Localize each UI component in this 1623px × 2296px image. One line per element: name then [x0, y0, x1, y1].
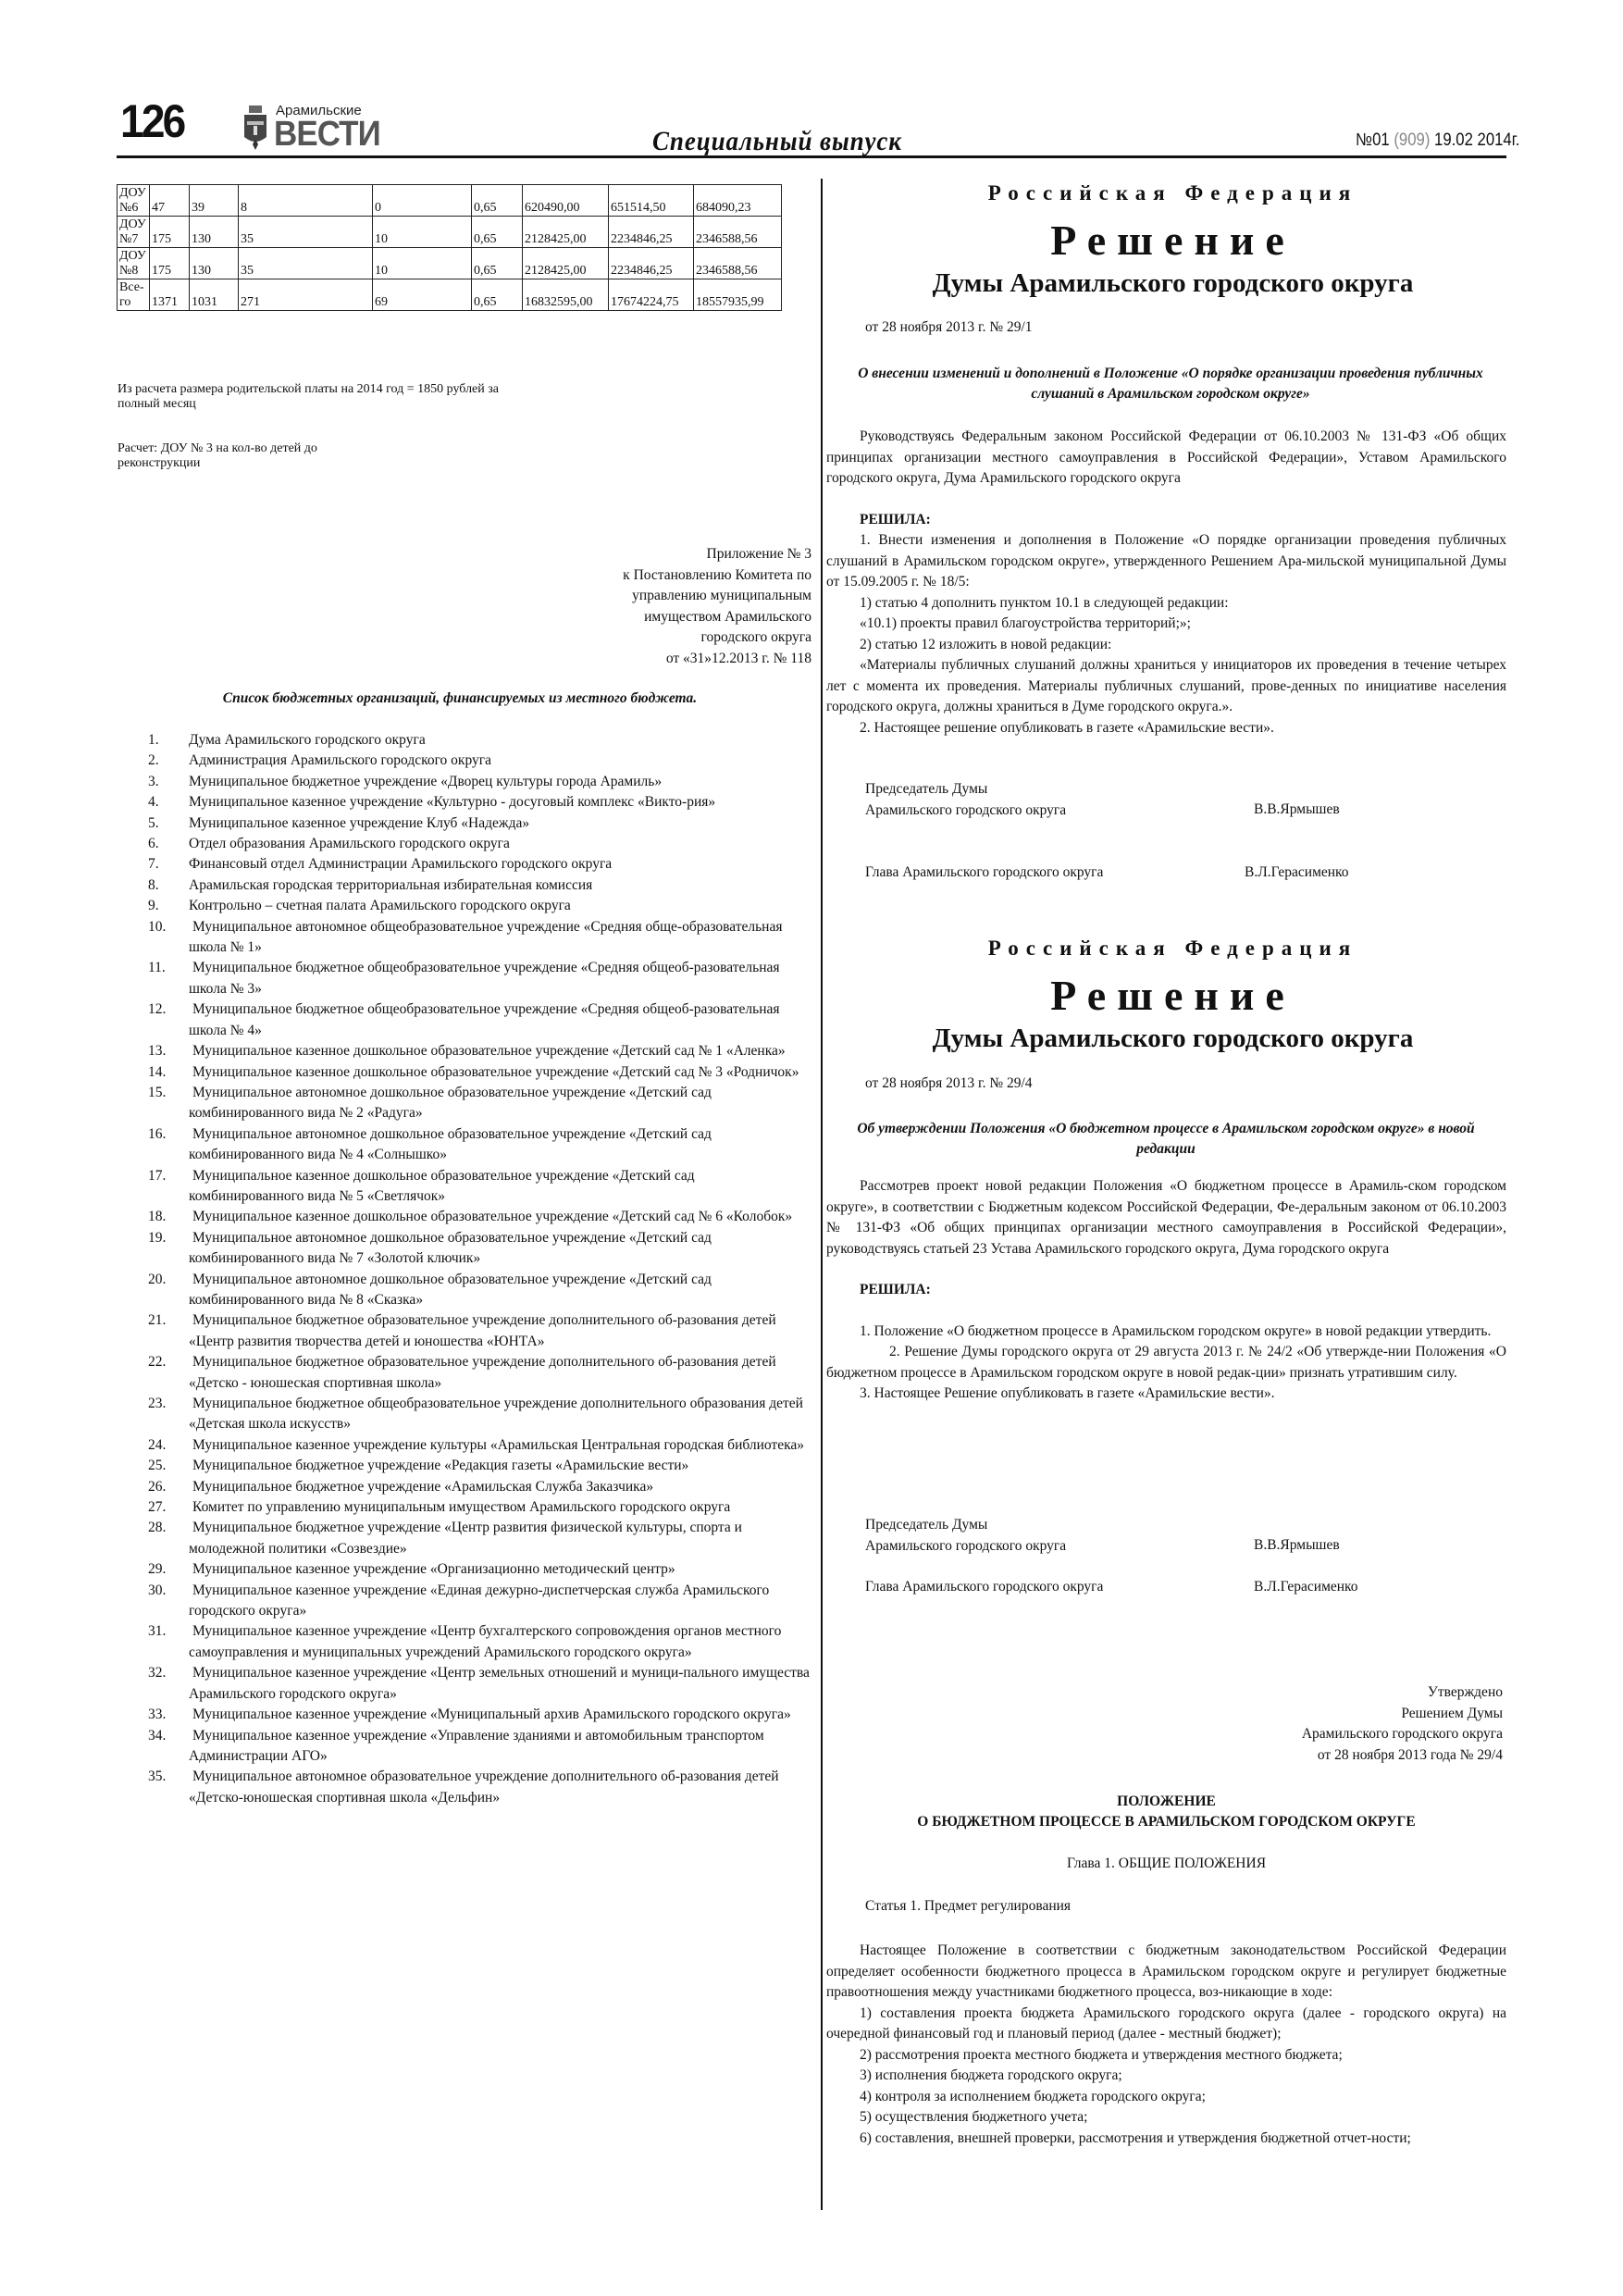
list-item-text: Муниципальное бюджетное общеобразователь…: [189, 1394, 810, 1435]
head-name: В.Л.Герасименко: [1254, 1577, 1358, 1598]
preamble: Рассмотрев проект новой редакции Положен…: [826, 1176, 1506, 1260]
paragraph: 1) статью 4 дополнить пунктом 10.1 в сле…: [826, 593, 1506, 614]
row-label-cell: ДОУ №7: [118, 217, 150, 248]
list-item-text: Муниципальное казенное учреждение «Едина…: [189, 1581, 810, 1622]
list-item-text: Муниципальное казенное учреждение «Орган…: [189, 1559, 810, 1580]
table-cell: 0,65: [472, 248, 523, 279]
list-item-number: 31.: [148, 1621, 166, 1642]
list-item-number: 2.: [148, 751, 159, 771]
regulation-body: Настоящее Положение в соответствии с бюд…: [826, 1941, 1506, 2149]
table-cell: 130: [190, 217, 239, 248]
list-item-text: Муниципальное автономное образовательное…: [189, 1767, 810, 1808]
regulation-item: 5) осуществления бюджетного учета;: [826, 2107, 1506, 2128]
table-cell: 35: [239, 248, 373, 279]
list-item: 14.Муниципальное казенное дошкольное обр…: [148, 1062, 810, 1083]
table-cell: 651514,50: [609, 185, 694, 217]
list-item-number: 34.: [148, 1726, 166, 1746]
issue-number: №01: [1356, 130, 1390, 150]
page-number: 126: [120, 98, 183, 144]
list-item: 2.Администрация Арамильского городского …: [148, 751, 810, 771]
list-item-text: Арамильская городская территориальная из…: [189, 875, 810, 896]
list-item-text: Муниципальное казенное дошкольное образо…: [189, 1207, 810, 1227]
table-cell: 10: [373, 248, 472, 279]
org-list-title: Список бюджетных организаций, финансируе…: [118, 690, 802, 707]
table-cell: 2128425,00: [523, 217, 609, 248]
list-item-text: Муниципальное бюджетное общеобразователь…: [189, 999, 810, 1041]
preamble: Руководствуясь Федеральным законом Росси…: [826, 427, 1506, 490]
table-cell: 2346588,56: [694, 248, 782, 279]
regulation-item: 3) исполнения бюджета городского округа;: [826, 2066, 1506, 2087]
list-item: 32.Муниципальное казенное учреждение «Це…: [148, 1663, 810, 1705]
list-item-text: Муниципальное казенное учреждение «Муниц…: [189, 1705, 810, 1725]
regulation-item: 1) составления проекта бюджета Арамильск…: [826, 2004, 1506, 2045]
list-item-number: 3.: [148, 772, 159, 792]
table-cell: 620490,00: [523, 185, 609, 217]
list-item: 34.Муниципальное казенное учреждение «Уп…: [148, 1726, 810, 1768]
table-cell: 175: [150, 217, 190, 248]
head-title: Глава Арамильского городского округа: [865, 1577, 1103, 1598]
list-item-text: Муниципальное бюджетное образовательное …: [189, 1352, 810, 1394]
list-item-number: 18.: [148, 1207, 166, 1227]
row-label-cell: Все-го: [118, 279, 150, 311]
list-item: 22.Муниципальное бюджетное образовательн…: [148, 1352, 810, 1394]
approved-line: от 28 ноября 2013 года № 29/4: [1302, 1745, 1503, 1767]
list-item: 35.Муниципальное автономное образователь…: [148, 1767, 810, 1808]
list-item: 29.Муниципальное казенное учреждение «Ор…: [148, 1559, 810, 1580]
paragraph: 2) статью 12 изложить в новой редакции:: [826, 635, 1506, 656]
list-item: 6.Отдел образования Арамильского городск…: [148, 834, 810, 854]
table-cell: 0,65: [472, 185, 523, 217]
table-cell: 1031: [190, 279, 239, 311]
paragraph: «Материалы публичных слушаний должны хра…: [826, 655, 1506, 718]
list-item: 3.Муниципальное бюджетное учреждение «Дв…: [148, 772, 810, 792]
table-cell: 2234846,25: [609, 217, 694, 248]
paragraph: 3. Настоящее Решение опубликовать в газе…: [826, 1384, 1506, 1405]
list-item-text: Контрольно – счетная палата Арамильского…: [189, 896, 810, 916]
list-item-number: 12.: [148, 999, 166, 1020]
table-cell: 1371: [150, 279, 190, 311]
table-cell: 2346588,56: [694, 217, 782, 248]
list-item-number: 11.: [148, 958, 166, 978]
list-item: 5.Муниципальное казенное учреждение Клуб…: [148, 813, 810, 834]
list-item: 15.Муниципальное автономное дошкольное о…: [148, 1083, 810, 1124]
list-item-number: 32.: [148, 1663, 166, 1683]
decision-title: Решение: [837, 219, 1508, 262]
resolved-label: РЕШИЛА:: [826, 510, 1506, 531]
list-item-text: Муниципальное бюджетное учреждение «Двор…: [189, 772, 810, 792]
table-cell: 271: [239, 279, 373, 311]
approved-line: Утверждено: [1302, 1682, 1503, 1704]
list-item: 10.Муниципальное автономное общеобразова…: [148, 917, 810, 959]
list-item: 19.Муниципальное автономное дошкольное о…: [148, 1228, 810, 1270]
decision1-body: Руководствуясь Федеральным законом Росси…: [826, 427, 1506, 738]
city-crest-icon: [242, 105, 268, 152]
list-item-number: 20.: [148, 1270, 166, 1290]
row-label-cell: ДОУ №6: [118, 185, 150, 217]
list-item-number: 17.: [148, 1166, 166, 1186]
appendix-line: от «31»12.2013 г. № 118: [515, 649, 811, 670]
list-item-number: 35.: [148, 1767, 166, 1787]
table-cell: 69: [373, 279, 472, 311]
list-item-text: Муниципальное казенное учреждение культу…: [189, 1435, 810, 1456]
approved-line: Арамильского городского округа: [1302, 1724, 1503, 1745]
table-cell: 0,65: [472, 279, 523, 311]
list-item-text: Муниципальное бюджетное общеобразователь…: [189, 958, 810, 999]
fee-note: Из расчета размера родительской платы на…: [118, 382, 543, 412]
list-item-text: Муниципальное автономное дошкольное обра…: [189, 1083, 810, 1124]
list-item: 28.Муниципальное бюджетное учреждение «Ц…: [148, 1518, 810, 1559]
regulation-title-line: ПОЛОЖЕНИЕ: [826, 1792, 1506, 1812]
regulation-title: ПОЛОЖЕНИЕ О БЮДЖЕТНОМ ПРОЦЕССЕ В АРАМИЛЬ…: [826, 1792, 1506, 1832]
list-item-text: Муниципальное казенное учреждение «Центр…: [189, 1621, 810, 1663]
approved-block: Утверждено Решением Думы Арамильского го…: [1302, 1682, 1503, 1766]
list-item-number: 33.: [148, 1705, 166, 1725]
list-item: 16.Муниципальное автономное дошкольное о…: [148, 1124, 810, 1166]
regulation-item: 2) рассмотрения проекта местного бюджета…: [826, 2045, 1506, 2066]
chair-title: Председатель Думы: [865, 779, 1513, 800]
list-item-text: Муниципальное казенное учреждение «Культ…: [189, 792, 810, 813]
list-item-text: Муниципальное казенное учреждение Клуб «…: [189, 813, 810, 834]
country-heading: Российская Федерация: [837, 937, 1508, 961]
list-item-text: Муниципальное бюджетное учреждение «Цент…: [189, 1518, 810, 1559]
list-item-number: 24.: [148, 1435, 166, 1456]
list-item: 31.Муниципальное казенное учреждение «Це…: [148, 1621, 810, 1663]
regulation-item: 4) контроля за исполнением бюджета город…: [826, 2087, 1506, 2108]
list-item-number: 21.: [148, 1310, 166, 1331]
list-item: 7.Финансовый отдел Администрации Арамиль…: [148, 854, 810, 875]
list-item-text: Комитет по управлению муниципальным имущ…: [189, 1497, 810, 1518]
list-item-text: Муниципальное автономное дошкольное обра…: [189, 1228, 810, 1270]
appendix-line: городского округа: [515, 627, 811, 649]
chapter-heading: Глава 1. ОБЩИЕ ПОЛОЖЕНИЯ: [826, 1855, 1506, 1872]
list-item: 33.Муниципальное казенное учреждение «Му…: [148, 1705, 810, 1725]
list-item-number: 23.: [148, 1394, 166, 1414]
list-item-number: 8.: [148, 875, 159, 896]
list-item: 24.Муниципальное казенное учреждение кул…: [148, 1435, 810, 1456]
list-item-text: Муниципальное казенное учреждение «Управ…: [189, 1726, 810, 1768]
list-item-text: Муниципальное казенное дошкольное образо…: [189, 1166, 810, 1208]
list-item-number: 27.: [148, 1497, 166, 1518]
row-label-cell: ДОУ №8: [118, 248, 150, 279]
decision-date: от 28 ноября 2013 г. № 29/1: [865, 319, 1033, 336]
list-item-number: 1.: [148, 730, 159, 751]
regulation-title-line: О БЮДЖЕТНОМ ПРОЦЕССЕ В АРАМИЛЬСКОМ ГОРОД…: [826, 1812, 1506, 1832]
list-item-number: 4.: [148, 792, 159, 813]
list-item-number: 9.: [148, 896, 159, 916]
table-cell: 2234846,25: [609, 248, 694, 279]
list-item: 20.Муниципальное автономное дошкольное о…: [148, 1270, 810, 1311]
chair-title-2: Арамильского городского округа: [865, 1536, 1513, 1558]
list-item-number: 14.: [148, 1062, 166, 1083]
list-item-number: 29.: [148, 1559, 166, 1580]
issue-date: 19.02 2014г.: [1434, 130, 1519, 150]
section-title: Специальный выпуск: [652, 126, 902, 157]
table-cell: 684090,23: [694, 185, 782, 217]
decision-subject: Об утверждении Положения «О бюджетном пр…: [837, 1119, 1494, 1160]
list-item-text: Финансовый отдел Администрации Арамильск…: [189, 854, 810, 875]
list-item-number: 16.: [148, 1124, 166, 1145]
list-item: 9.Контрольно – счетная палата Арамильско…: [148, 896, 810, 916]
list-item: 8.Арамильская городская территориальная …: [148, 875, 810, 896]
decision-issuer: Думы Арамильского городского округа: [837, 1025, 1508, 1052]
list-item-text: Отдел образования Арамильского городског…: [189, 834, 810, 854]
column-divider: [821, 179, 823, 2210]
table-cell: 0: [373, 185, 472, 217]
chair-name: В.В.Ярмышев: [1254, 800, 1340, 821]
regulation-intro: Настоящее Положение в соответствии с бюд…: [826, 1941, 1506, 2004]
list-item-text: Муниципальное казенное дошкольное образо…: [189, 1062, 810, 1083]
table-cell: 47: [150, 185, 190, 217]
list-item: 18.Муниципальное казенное дошкольное обр…: [148, 1207, 810, 1227]
decision-issuer: Думы Арамильского городского округа: [837, 270, 1508, 297]
decision-title: Решение: [837, 974, 1508, 1017]
list-item-text: Муниципальное казенное дошкольное образо…: [189, 1041, 810, 1061]
issue-total: (909): [1394, 130, 1430, 150]
resolved-label: РЕШИЛА:: [826, 1280, 1506, 1301]
table-cell: 2128425,00: [523, 248, 609, 279]
table-cell: 175: [150, 248, 190, 279]
table-cell: 39: [190, 185, 239, 217]
appendix-line: к Постановлению Комитета по: [515, 565, 811, 587]
list-item: 4.Муниципальное казенное учреждение «Кул…: [148, 792, 810, 813]
list-item: 23.Муниципальное бюджетное общеобразоват…: [148, 1394, 810, 1435]
chair-title: Председатель Думы: [865, 1515, 1513, 1536]
table-cell: 130: [190, 248, 239, 279]
decision1-signatures: Председатель Думы Арамильского городског…: [865, 779, 1513, 821]
table-cell: 0,65: [472, 217, 523, 248]
article-heading: Статья 1. Предмет регулирования: [865, 1898, 1071, 1915]
table-cell: 8: [239, 185, 373, 217]
table-row: ДОУ №64739800,65620490,00651514,50684090…: [118, 185, 782, 217]
list-item: 13.Муниципальное казенное дошкольное обр…: [148, 1041, 810, 1061]
list-item-number: 10.: [148, 917, 166, 937]
list-item-number: 26.: [148, 1477, 166, 1497]
list-item-text: Муниципальное казенное учреждение «Центр…: [189, 1663, 810, 1705]
list-item: 30.Муниципальное казенное учреждение «Ед…: [148, 1581, 810, 1622]
list-item: 17.Муниципальное казенное дошкольное обр…: [148, 1166, 810, 1208]
list-item-number: 25.: [148, 1456, 166, 1476]
table-cell: 18557935,99: [694, 279, 782, 311]
appendix-block: Приложение № 3 к Постановлению Комитета …: [515, 544, 811, 669]
list-item-text: Муниципальное бюджетное учреждение «Арам…: [189, 1477, 810, 1497]
regulation-item: 6) составления, внешней проверки, рассмо…: [826, 2128, 1506, 2150]
list-item-text: Муниципальное автономное общеобразовател…: [189, 917, 810, 959]
list-item-number: 28.: [148, 1518, 166, 1538]
head-name: В.Л.Герасименко: [1245, 863, 1349, 884]
org-list: 1.Дума Арамильского городского округа2.А…: [148, 730, 810, 1808]
table-cell: 16832595,00: [523, 279, 609, 311]
list-item-number: 19.: [148, 1228, 166, 1248]
table-cell: 10: [373, 217, 472, 248]
paragraph: 2. Решение Думы городского округа от 29 …: [826, 1342, 1506, 1384]
table-cell: 35: [239, 217, 373, 248]
list-item-text: Муниципальное автономное дошкольное обра…: [189, 1270, 810, 1311]
appendix-line: имуществом Арамильского: [515, 607, 811, 628]
list-item-text: Муниципальное бюджетное учреждение «Реда…: [189, 1456, 810, 1476]
approved-line: Решением Думы: [1302, 1704, 1503, 1725]
list-item-text: Муниципальное бюджетное образовательное …: [189, 1310, 810, 1352]
issue-info: №01 (909) 19.02 2014г.: [1356, 130, 1519, 151]
chair-title-2: Арамильского городского округа: [865, 800, 1513, 822]
list-item-number: 7.: [148, 854, 159, 875]
list-item-number: 30.: [148, 1581, 166, 1601]
paragraph: 1. Внести изменения и дополнения в Полож…: [826, 530, 1506, 593]
paragraph: 1. Положение «О бюджетном процессе в Ара…: [826, 1322, 1506, 1343]
list-item-number: 5.: [148, 813, 159, 834]
calc-note: Расчет: ДОУ № 3 на кол-во детей до рекон…: [118, 441, 386, 471]
list-item-number: 22.: [148, 1352, 166, 1372]
header-rule: [117, 155, 1506, 158]
decision2-body: Рассмотрев проект новой редакции Положен…: [826, 1176, 1506, 1405]
paragraph: 2. Настоящее решение опубликовать в газе…: [826, 718, 1506, 739]
decision2-signatures: Председатель Думы Арамильского городског…: [865, 1515, 1513, 1557]
list-item: 25.Муниципальное бюджетное учреждение «Р…: [148, 1456, 810, 1476]
chair-name: В.В.Ярмышев: [1254, 1535, 1340, 1557]
appendix-line: управлению муниципальным: [515, 586, 811, 607]
table-row: Все-го13711031271690,6516832595,00176742…: [118, 279, 782, 311]
table-row: ДОУ №817513035100,652128425,002234846,25…: [118, 248, 782, 279]
list-item-number: 13.: [148, 1041, 166, 1061]
list-item-text: Дума Арамильского городского округа: [189, 730, 810, 751]
head-title: Глава Арамильского городского округа: [865, 863, 1103, 884]
list-item: 26.Муниципальное бюджетное учреждение «А…: [148, 1477, 810, 1497]
list-item: 21.Муниципальное бюджетное образовательн…: [148, 1310, 810, 1352]
newspaper-brand-main: ВЕСТИ: [274, 117, 380, 152]
list-item: 27.Комитет по управлению муниципальным и…: [148, 1497, 810, 1518]
list-item-text: Муниципальное автономное дошкольное обра…: [189, 1124, 810, 1166]
list-item: 12.Муниципальное бюджетное общеобразоват…: [148, 999, 810, 1041]
country-heading: Российская Федерация: [837, 181, 1508, 205]
appendix-line: Приложение № 3: [515, 544, 811, 565]
table-row: ДОУ №717513035100,652128425,002234846,25…: [118, 217, 782, 248]
list-item: 1.Дума Арамильского городского округа: [148, 730, 810, 751]
list-item-number: 6.: [148, 834, 159, 854]
fee-table: ДОУ №64739800,65620490,00651514,50684090…: [117, 184, 782, 311]
list-item-text: Администрация Арамильского городского ок…: [189, 751, 810, 771]
decision-subject: О внесении изменений и дополнений в Поло…: [828, 364, 1513, 404]
decision-date: от 28 ноября 2013 г. № 29/4: [865, 1075, 1033, 1092]
paragraph: «10.1) проекты правил благоустройства те…: [826, 614, 1506, 635]
list-item: 11.Муниципальное бюджетное общеобразоват…: [148, 958, 810, 999]
list-item-number: 15.: [148, 1083, 166, 1103]
table-cell: 17674224,75: [609, 279, 694, 311]
